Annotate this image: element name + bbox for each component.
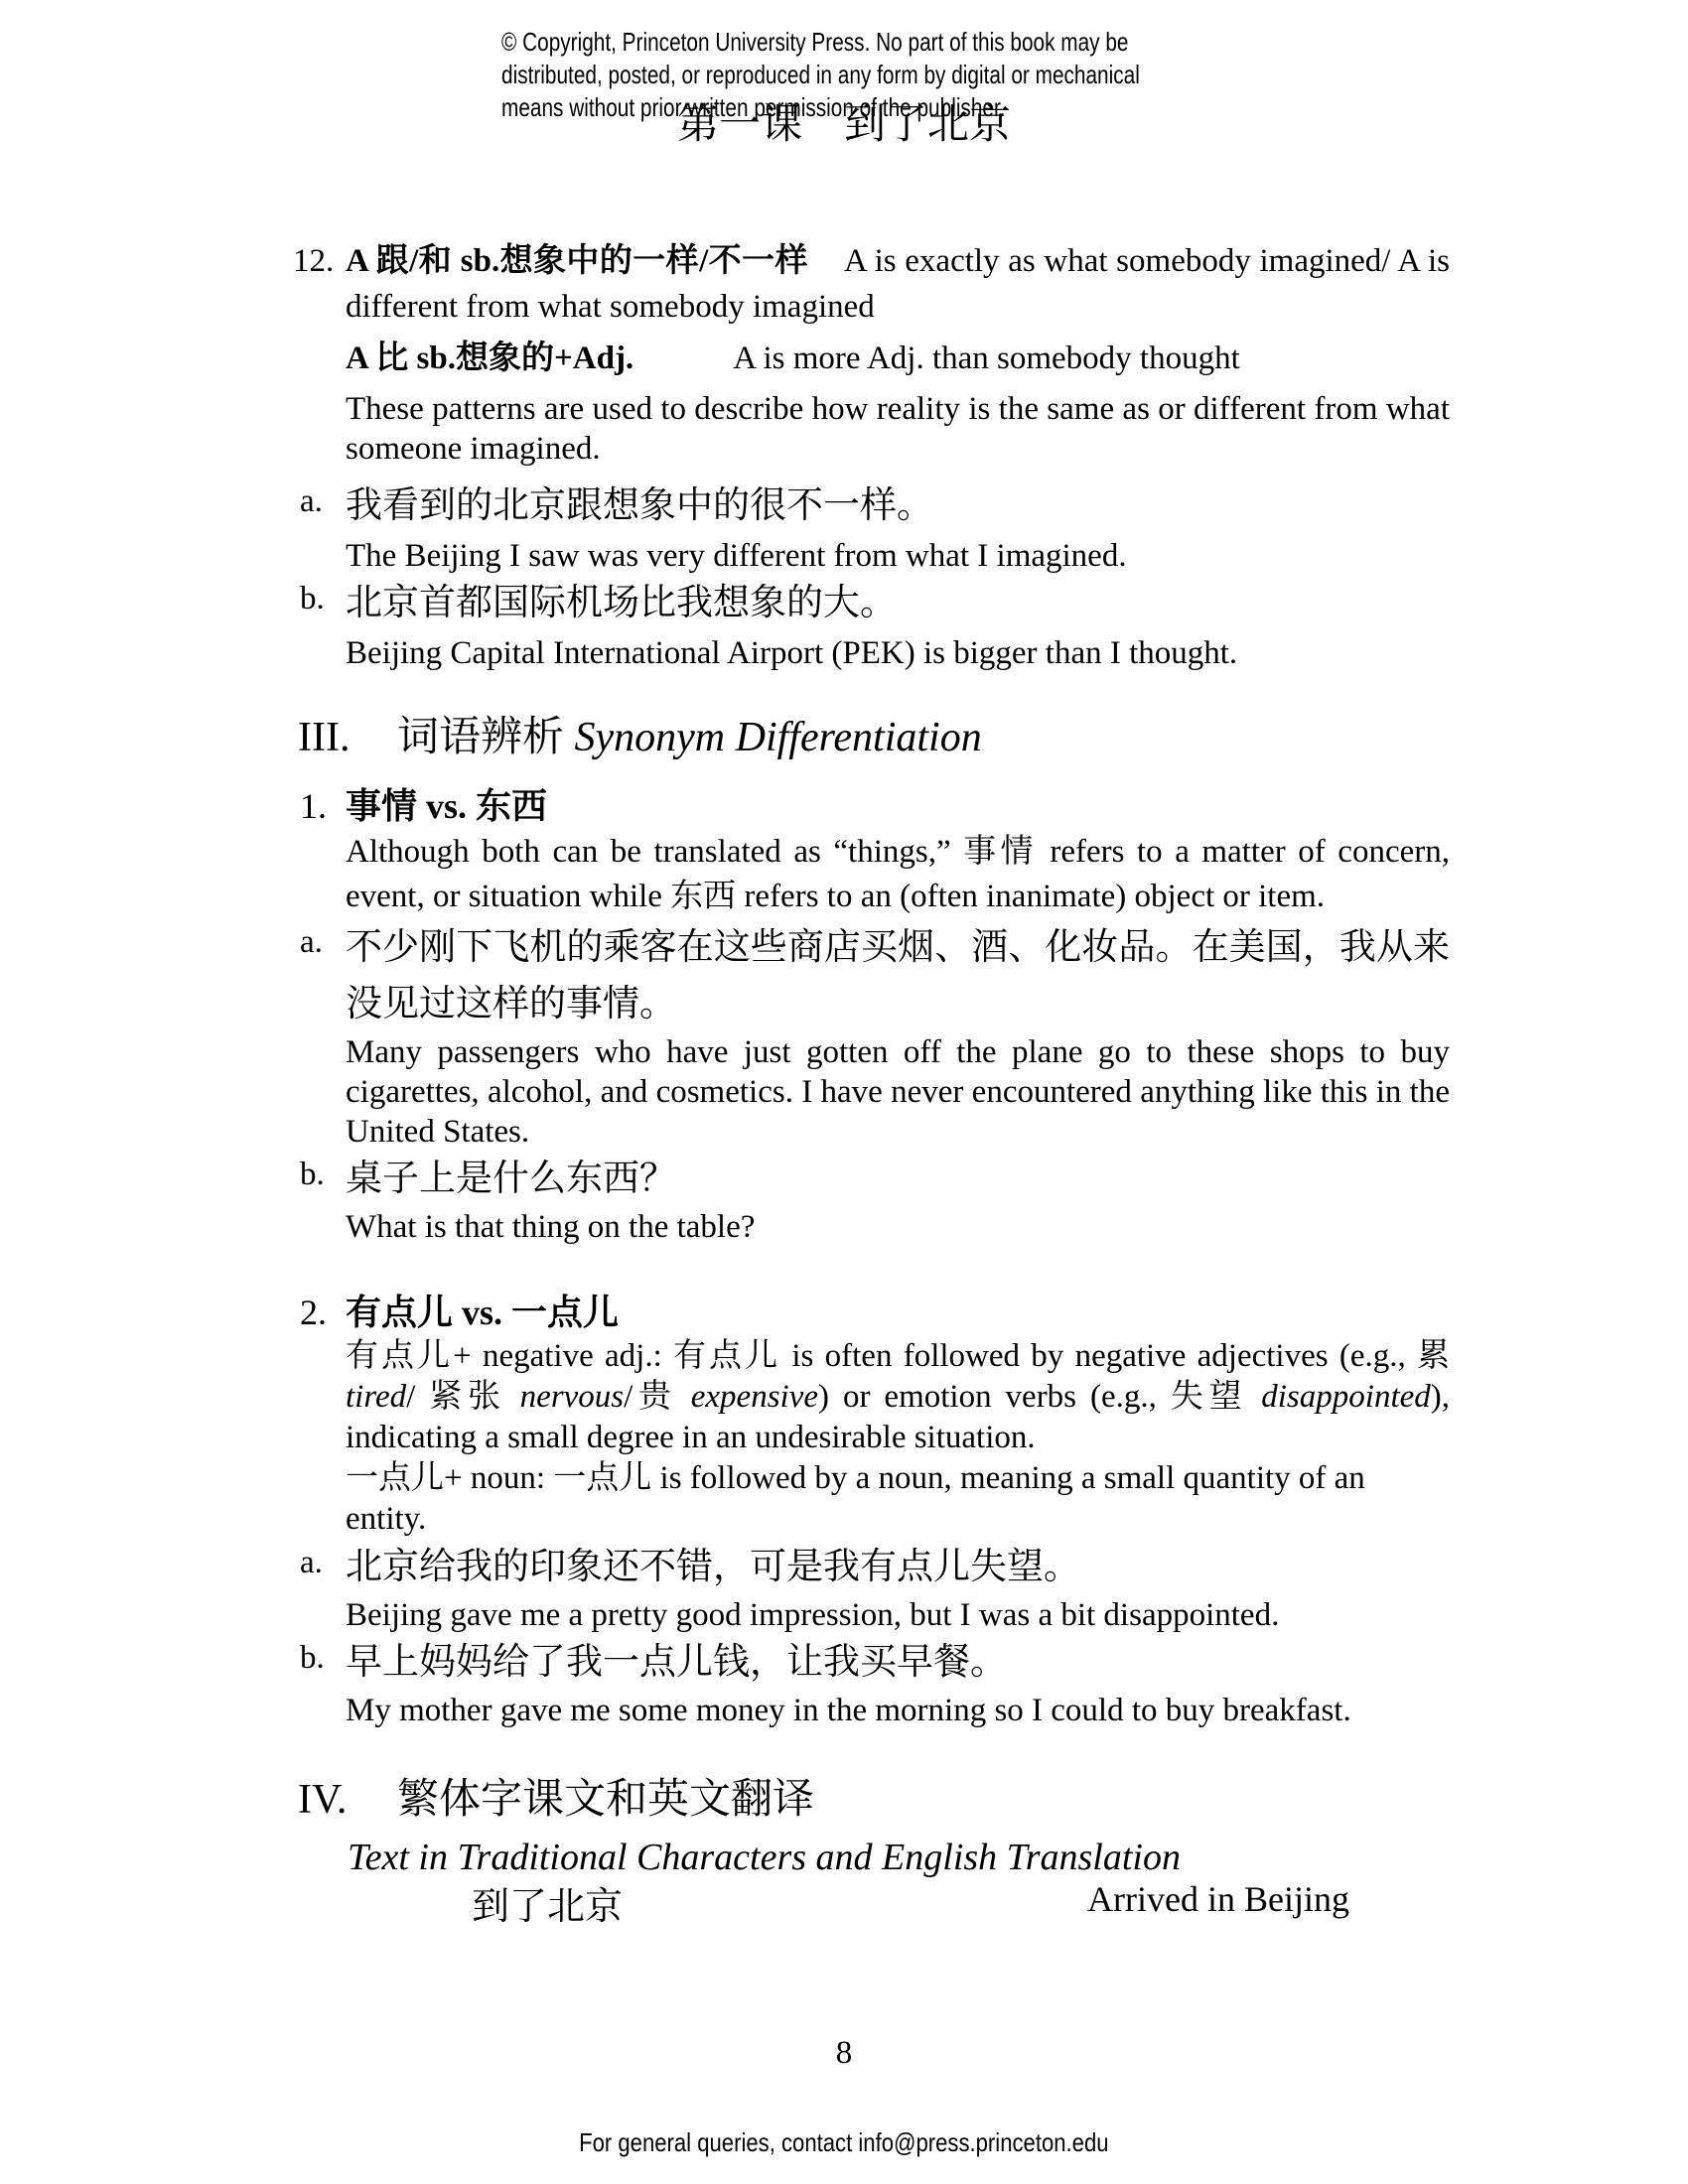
pattern-explanation: These patterns are used to describe how … [346, 389, 1450, 469]
section-heading-english: Synonym Differentiation [575, 715, 982, 760]
grammar-item-12: 12. A 跟/和 sb.想象中的一样/不一样A is exactly as w… [298, 238, 1450, 673]
item-number: 12. [293, 238, 334, 284]
section-heading-chinese: 词语辨析 [397, 715, 564, 760]
run-italic: nervous [520, 1379, 624, 1415]
example-letter: b. [300, 1635, 325, 1681]
text-title-row: 到了北京 Arrived in Beijing [298, 1881, 1450, 1933]
text-title-chinese: 到了北京 [472, 1886, 623, 1928]
footer-contact: For general queries, contact info@press.… [0, 2126, 1688, 2158]
example-chinese: 北京首都国际机场比我想象的大。 [346, 576, 1450, 631]
pattern-2: A 比 sb.想象的+Adj. [346, 341, 633, 376]
example-chinese: 不少刚下飞机的乘客在这些商店买烟、酒、化妆品。在美国，我从来没见过这样的事情。 [346, 919, 1450, 1032]
example-2a: a. 北京给我的印象还不错，可是我有点儿失望。 Beijing gave me … [298, 1540, 1450, 1635]
pattern-1: A 跟/和 sb.想象中的一样/不一样 [346, 243, 808, 279]
synonym-pair: 有点儿 vs. 一点儿 [346, 1293, 619, 1332]
example-12a: a. 我看到的北京跟想象中的很不一样。 The Beijing I saw wa… [298, 478, 1450, 576]
synonym-item-2-heading: 2. 有点儿 vs. 一点儿 [298, 1289, 1450, 1336]
example-english: Beijing Capital International Airport (P… [346, 633, 1450, 673]
example-letter: a. [300, 478, 323, 524]
example-english: Many passengers who have just gotten off… [346, 1032, 1450, 1152]
example-letter: b. [300, 576, 325, 621]
example-letter: b. [300, 1152, 325, 1197]
example-english: What is that thing on the table? [346, 1207, 1450, 1247]
section-numeral: III. [298, 713, 350, 762]
explanation-text: Although both can be translated as “thin… [346, 830, 1450, 919]
example-1b: b. 桌子上是什么东西？ What is that thing on the t… [298, 1152, 1450, 1247]
example-chinese: 我看到的北京跟想象中的很不一样。 [346, 478, 1450, 534]
section-4-heading: IV.繁体字课文和英文翻译 [298, 1775, 1450, 1825]
run-italic: disappointed [1261, 1379, 1431, 1415]
example-chinese: 桌子上是什么东西？ [346, 1152, 1450, 1207]
explanation-text-2: 一点儿+ noun: 一点儿 is followed by a noun, me… [346, 1458, 1450, 1540]
run: / 紧张 [406, 1379, 520, 1415]
pattern-2-gloss: A is more Adj. than somebody thought [733, 341, 1240, 376]
example-english: My mother gave me some money in the morn… [346, 1691, 1450, 1730]
section-heading-chinese: 繁体字课文和英文翻译 [397, 1777, 814, 1823]
synonym-item-1-heading: 1. 事情 vs. 东西 [298, 782, 1450, 830]
copyright-line-2: distributed, posted, or reproduced in an… [501, 59, 1140, 91]
synonym-item-1-explanation: Although both can be translated as “thin… [298, 830, 1450, 919]
example-chinese: 北京给我的印象还不错，可是我有点儿失望。 [346, 1540, 1450, 1595]
run: ) or emotion verbs (e.g., 失望 [818, 1379, 1261, 1415]
example-chinese: 早上妈妈给了我一点儿钱，让我买早餐。 [346, 1635, 1450, 1691]
text-title-english: Arrived in Beijing [1087, 1873, 1349, 1925]
pattern-line-1: A 跟/和 sb.想象中的一样/不一样A is exactly as what … [346, 238, 1450, 330]
run: /贵 [624, 1379, 691, 1415]
pattern-line-2: A 比 sb.想象的+Adj.A is more Adj. than someb… [346, 336, 1450, 381]
example-english: Beijing gave me a pretty good impression… [346, 1595, 1450, 1635]
section-3: III.词语辨析 Synonym Differentiation 1. 事情 v… [298, 713, 1450, 1730]
page-number: 8 [0, 2033, 1688, 2073]
section-3-heading: III.词语辨析 Synonym Differentiation [298, 713, 1450, 762]
example-letter: a. [300, 919, 323, 965]
example-2b: b. 早上妈妈给了我一点儿钱，让我买早餐。 My mother gave me … [298, 1635, 1450, 1730]
explanation-text-1: 有点儿+ negative adj.: 有点儿 is often followe… [346, 1336, 1450, 1458]
lesson-title: 第一课 到了北京 [0, 99, 1688, 151]
synonym-pair: 事情 vs. 东西 [346, 786, 547, 826]
example-12b: b. 北京首都国际机场比我想象的大。 Beijing Capital Inter… [298, 576, 1450, 673]
run: 有点儿+ negative adj.: 有点儿 is often followe… [346, 1338, 1450, 1374]
textbook-page: © Copyright, Princeton University Press.… [0, 0, 1688, 2184]
example-english: The Beijing I saw was very different fro… [346, 536, 1450, 576]
example-1a: a. 不少刚下飞机的乘客在这些商店买烟、酒、化妆品。在美国，我从来没见过这样的事… [298, 919, 1450, 1152]
grammar-item-12-body: 12. A 跟/和 sb.想象中的一样/不一样A is exactly as w… [298, 238, 1450, 469]
item-number: 1. [300, 782, 327, 830]
section-4: IV.繁体字课文和英文翻译 Text in Traditional Charac… [298, 1775, 1450, 1933]
footer-contact-text: For general queries, contact info@press.… [579, 2126, 1108, 2158]
run-italic: tired [346, 1379, 406, 1415]
page-content: 12. A 跟/和 sb.想象中的一样/不一样A is exactly as w… [298, 238, 1450, 1933]
synonym-item-2-explanation: 有点儿+ negative adj.: 有点儿 is often followe… [298, 1336, 1450, 1540]
run-italic: expensive [691, 1379, 818, 1415]
item-number: 2. [300, 1289, 327, 1336]
example-letter: a. [300, 1540, 323, 1585]
section-numeral: IV. [298, 1775, 347, 1825]
copyright-line-1: © Copyright, Princeton University Press.… [501, 26, 1140, 59]
